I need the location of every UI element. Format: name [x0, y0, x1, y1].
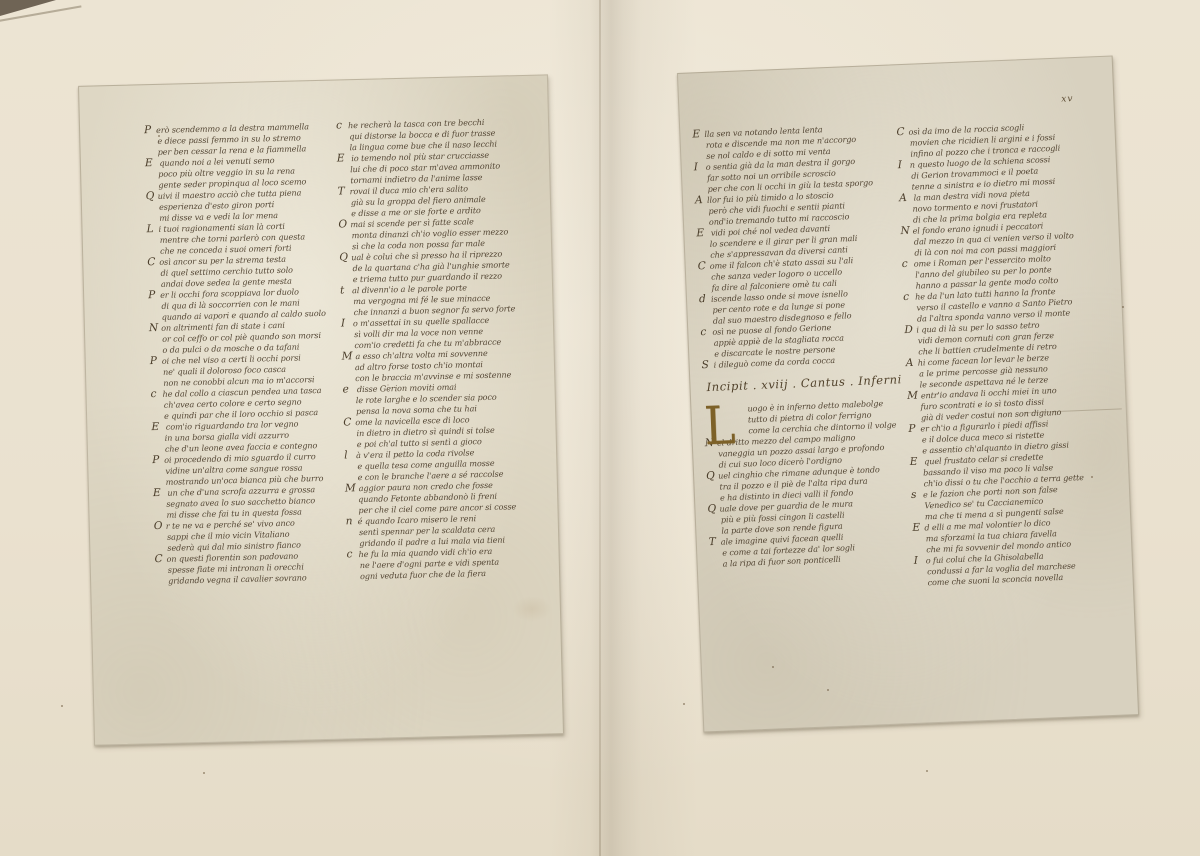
terzina-initial: l	[344, 450, 356, 461]
terzina-initial: c	[902, 259, 914, 270]
terzina-initial: M	[342, 351, 356, 362]
terzina-initial: e	[342, 384, 354, 395]
paper-speck	[158, 135, 160, 137]
paper-speck	[1091, 476, 1093, 478]
terzina-initial: E	[145, 158, 157, 169]
terzina-initial: E	[153, 488, 165, 499]
parchment-stain	[512, 595, 553, 622]
terzina-initial: C	[154, 554, 166, 565]
terzina-initial: E	[692, 129, 704, 140]
text-column-right-2: Così da imo de la roccia scoglimovien ch…	[896, 119, 1124, 589]
terzina-initial: c	[903, 292, 915, 303]
paper-speck	[203, 772, 205, 774]
terzina-initial: E	[910, 457, 922, 468]
terzina-initial: d	[699, 294, 711, 305]
terzina-initial: P	[148, 290, 160, 301]
terzina-initial: A	[899, 193, 911, 204]
manuscript-plate-right: xv Ella sen va notando lenta lentarota e…	[677, 56, 1139, 733]
terzina-initial: c	[700, 327, 712, 338]
terzina-initial: I	[898, 160, 910, 171]
text-column-right-1: Ella sen va notando lenta lentarota e di…	[692, 121, 914, 570]
terzina-initial: T	[338, 186, 350, 197]
illuminated-initial-L: L	[703, 403, 749, 450]
terzina-initial: L	[146, 224, 158, 235]
terzina-initial: C	[343, 417, 355, 428]
paper-speck	[926, 770, 928, 772]
terzina-initial: E	[912, 522, 924, 533]
paper-speck	[683, 703, 685, 705]
terzina-initial: t	[340, 285, 352, 296]
terzina-initial: D	[904, 325, 916, 336]
terzina-initial: T	[709, 537, 721, 548]
book-gutter-shadow	[548, 0, 698, 856]
terzina-initial: E	[151, 422, 163, 433]
terzina-initial: Q	[339, 252, 351, 263]
terzina-initial: Q	[706, 471, 718, 482]
terzina-initial: n	[346, 516, 358, 527]
paper-speck	[827, 689, 829, 691]
terzina-initial: c	[346, 549, 358, 560]
terzina-initial: c	[336, 120, 348, 131]
canto17-ending-lines: Ella sen va notando lenta lentarota e di…	[692, 121, 906, 371]
terzina-initial: N	[149, 323, 161, 334]
terzina-initial: c	[150, 389, 162, 400]
terzina-initial: N	[900, 226, 913, 237]
terzina-initial: O	[338, 219, 350, 230]
text-column-left-2: che recherà la tasca con tre becchiqui d…	[336, 116, 549, 583]
manuscript-plate-left: Però scendemmo a la destra mammellae die…	[78, 74, 564, 745]
terzina-initial: I	[914, 555, 926, 566]
rubric-incipit-canto18: Incipit . xviij . Cantus . Inferni	[706, 372, 906, 394]
terzina-initial: E	[696, 228, 708, 239]
terzina-initial: M	[345, 483, 359, 494]
terzina-initial: P	[150, 356, 162, 367]
paper-speck	[61, 705, 63, 707]
terzina-initial: C	[147, 257, 159, 268]
terzina-initial: Q	[146, 191, 158, 202]
book-spread: Però scendemmo a la destra mammellae die…	[0, 0, 1200, 856]
terzina-initial: P	[144, 125, 156, 136]
text-column-left-1: Però scendemmo a la destra mammellae die…	[144, 120, 353, 587]
terzina-initial: P	[908, 424, 920, 435]
terzina-initial: O	[154, 521, 166, 532]
terzina-initial: I	[694, 162, 706, 173]
book-gutter-fold-line	[599, 0, 601, 856]
terzina-initial: S	[701, 360, 713, 371]
paper-speck	[1122, 306, 1124, 308]
terzina-initial: C	[896, 127, 908, 138]
terzina-initial: P	[152, 455, 164, 466]
terzina-initial: A	[906, 358, 918, 369]
terzina-initial: C	[698, 261, 710, 272]
paper-speck	[387, 384, 389, 386]
terzina-initial: Q	[707, 504, 719, 515]
folio-number: xv	[1061, 94, 1074, 104]
terzina-initial: M	[907, 390, 921, 402]
terzina-initial: E	[337, 153, 349, 164]
terzina-initial: s	[911, 489, 923, 500]
terzina-initial: I	[341, 318, 353, 329]
paper-speck	[772, 666, 774, 668]
canto18-opening-lines: uogo è in inferno detto malebolgetutto d…	[747, 398, 896, 437]
terzina-initial: A	[695, 195, 707, 206]
